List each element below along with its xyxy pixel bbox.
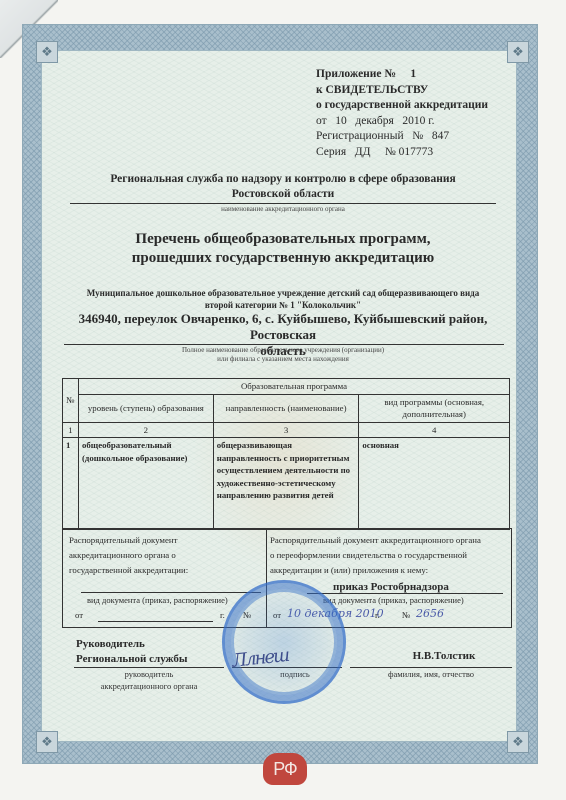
header-direction: направленность (наименование)	[213, 394, 359, 422]
signatory-name: Н.В.Толстик	[376, 650, 512, 662]
signatory-title: Руководитель Региональной службы	[76, 637, 187, 667]
row-direction: общеразвивающая направленность с приорит…	[213, 438, 359, 530]
header-number: №	[63, 379, 79, 423]
year-suffix: г.	[375, 608, 380, 623]
header-type: вид программы (основная, дополнительная)	[359, 394, 510, 422]
appendix-series: Серия ДД № 017773	[316, 145, 488, 161]
programs-table: № Образовательная программа уровень (сту…	[62, 378, 510, 530]
list-title: Перечень общеобразовательных программ, п…	[60, 230, 506, 268]
authority-underline	[70, 203, 496, 204]
signatory-name-caption: фамилия, имя, отчество	[350, 668, 512, 680]
column-number: 1	[63, 422, 79, 438]
appendix-header: Приложение № 1 к СВИДЕТЕЛЬСТВУ о государ…	[316, 67, 488, 160]
institution-underline	[64, 344, 504, 345]
column-number: 4	[359, 422, 510, 438]
number-label: №	[402, 608, 410, 623]
year-suffix: г.	[220, 608, 225, 623]
authority-caption: наименование аккредитационного органа	[60, 205, 506, 213]
row-level: общеобразовательный (дошкольное образова…	[78, 438, 213, 530]
from-label: от	[75, 608, 83, 623]
appendix-label: Приложение №	[316, 68, 396, 80]
document: Приложение № 1 к СВИДЕТЕЛЬСТВУ о государ…	[0, 0, 566, 800]
row-number: 1	[63, 438, 79, 530]
appendix-date: от 10 декабря 2010 г.	[316, 114, 488, 130]
signatory-title-caption: руководитель аккредитационного органа	[74, 668, 224, 692]
appendix-to-certificate: к СВИДЕТЕЛЬСТВУ	[316, 83, 488, 99]
column-number: 2	[78, 422, 213, 438]
appendix-registration: Регистрационный № 847	[316, 129, 488, 145]
appendix-accreditation: о государственной аккредитации	[316, 98, 488, 114]
table-row: 1 общеобразовательный (дошкольное образо…	[63, 438, 510, 530]
appendix-number: 1	[410, 68, 416, 80]
institution-caption: Полное наименование образовательного учр…	[60, 346, 506, 364]
accreditation-authority: Региональная служба по надзору и контрол…	[60, 172, 506, 202]
header-level: уровень (ступень) образования	[78, 394, 213, 422]
order-number-handwritten: 2656	[416, 606, 444, 621]
date-line	[98, 621, 213, 622]
doc-type-caption: вид документа (приказ, распоряжение)	[87, 593, 228, 608]
column-number: 3	[213, 422, 359, 438]
row-type: основная	[359, 438, 510, 530]
institution-name: Муниципальное дошкольное образовательное…	[60, 287, 506, 311]
header-program-group: Образовательная программа	[78, 379, 509, 395]
